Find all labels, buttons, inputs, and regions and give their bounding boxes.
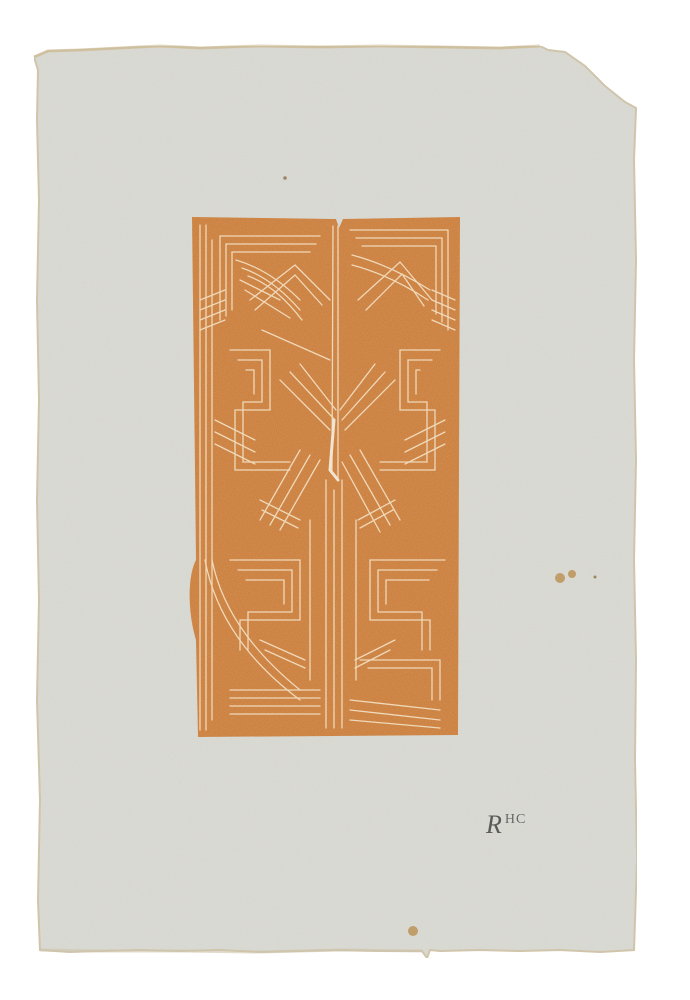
signature-monogram: R bbox=[486, 810, 503, 839]
print-svg bbox=[0, 0, 690, 1000]
artwork-photo: RHC bbox=[0, 0, 690, 1000]
artist-signature: RHC bbox=[486, 810, 526, 840]
signature-annotation: HC bbox=[505, 812, 526, 827]
woodcut-block bbox=[185, 210, 465, 740]
